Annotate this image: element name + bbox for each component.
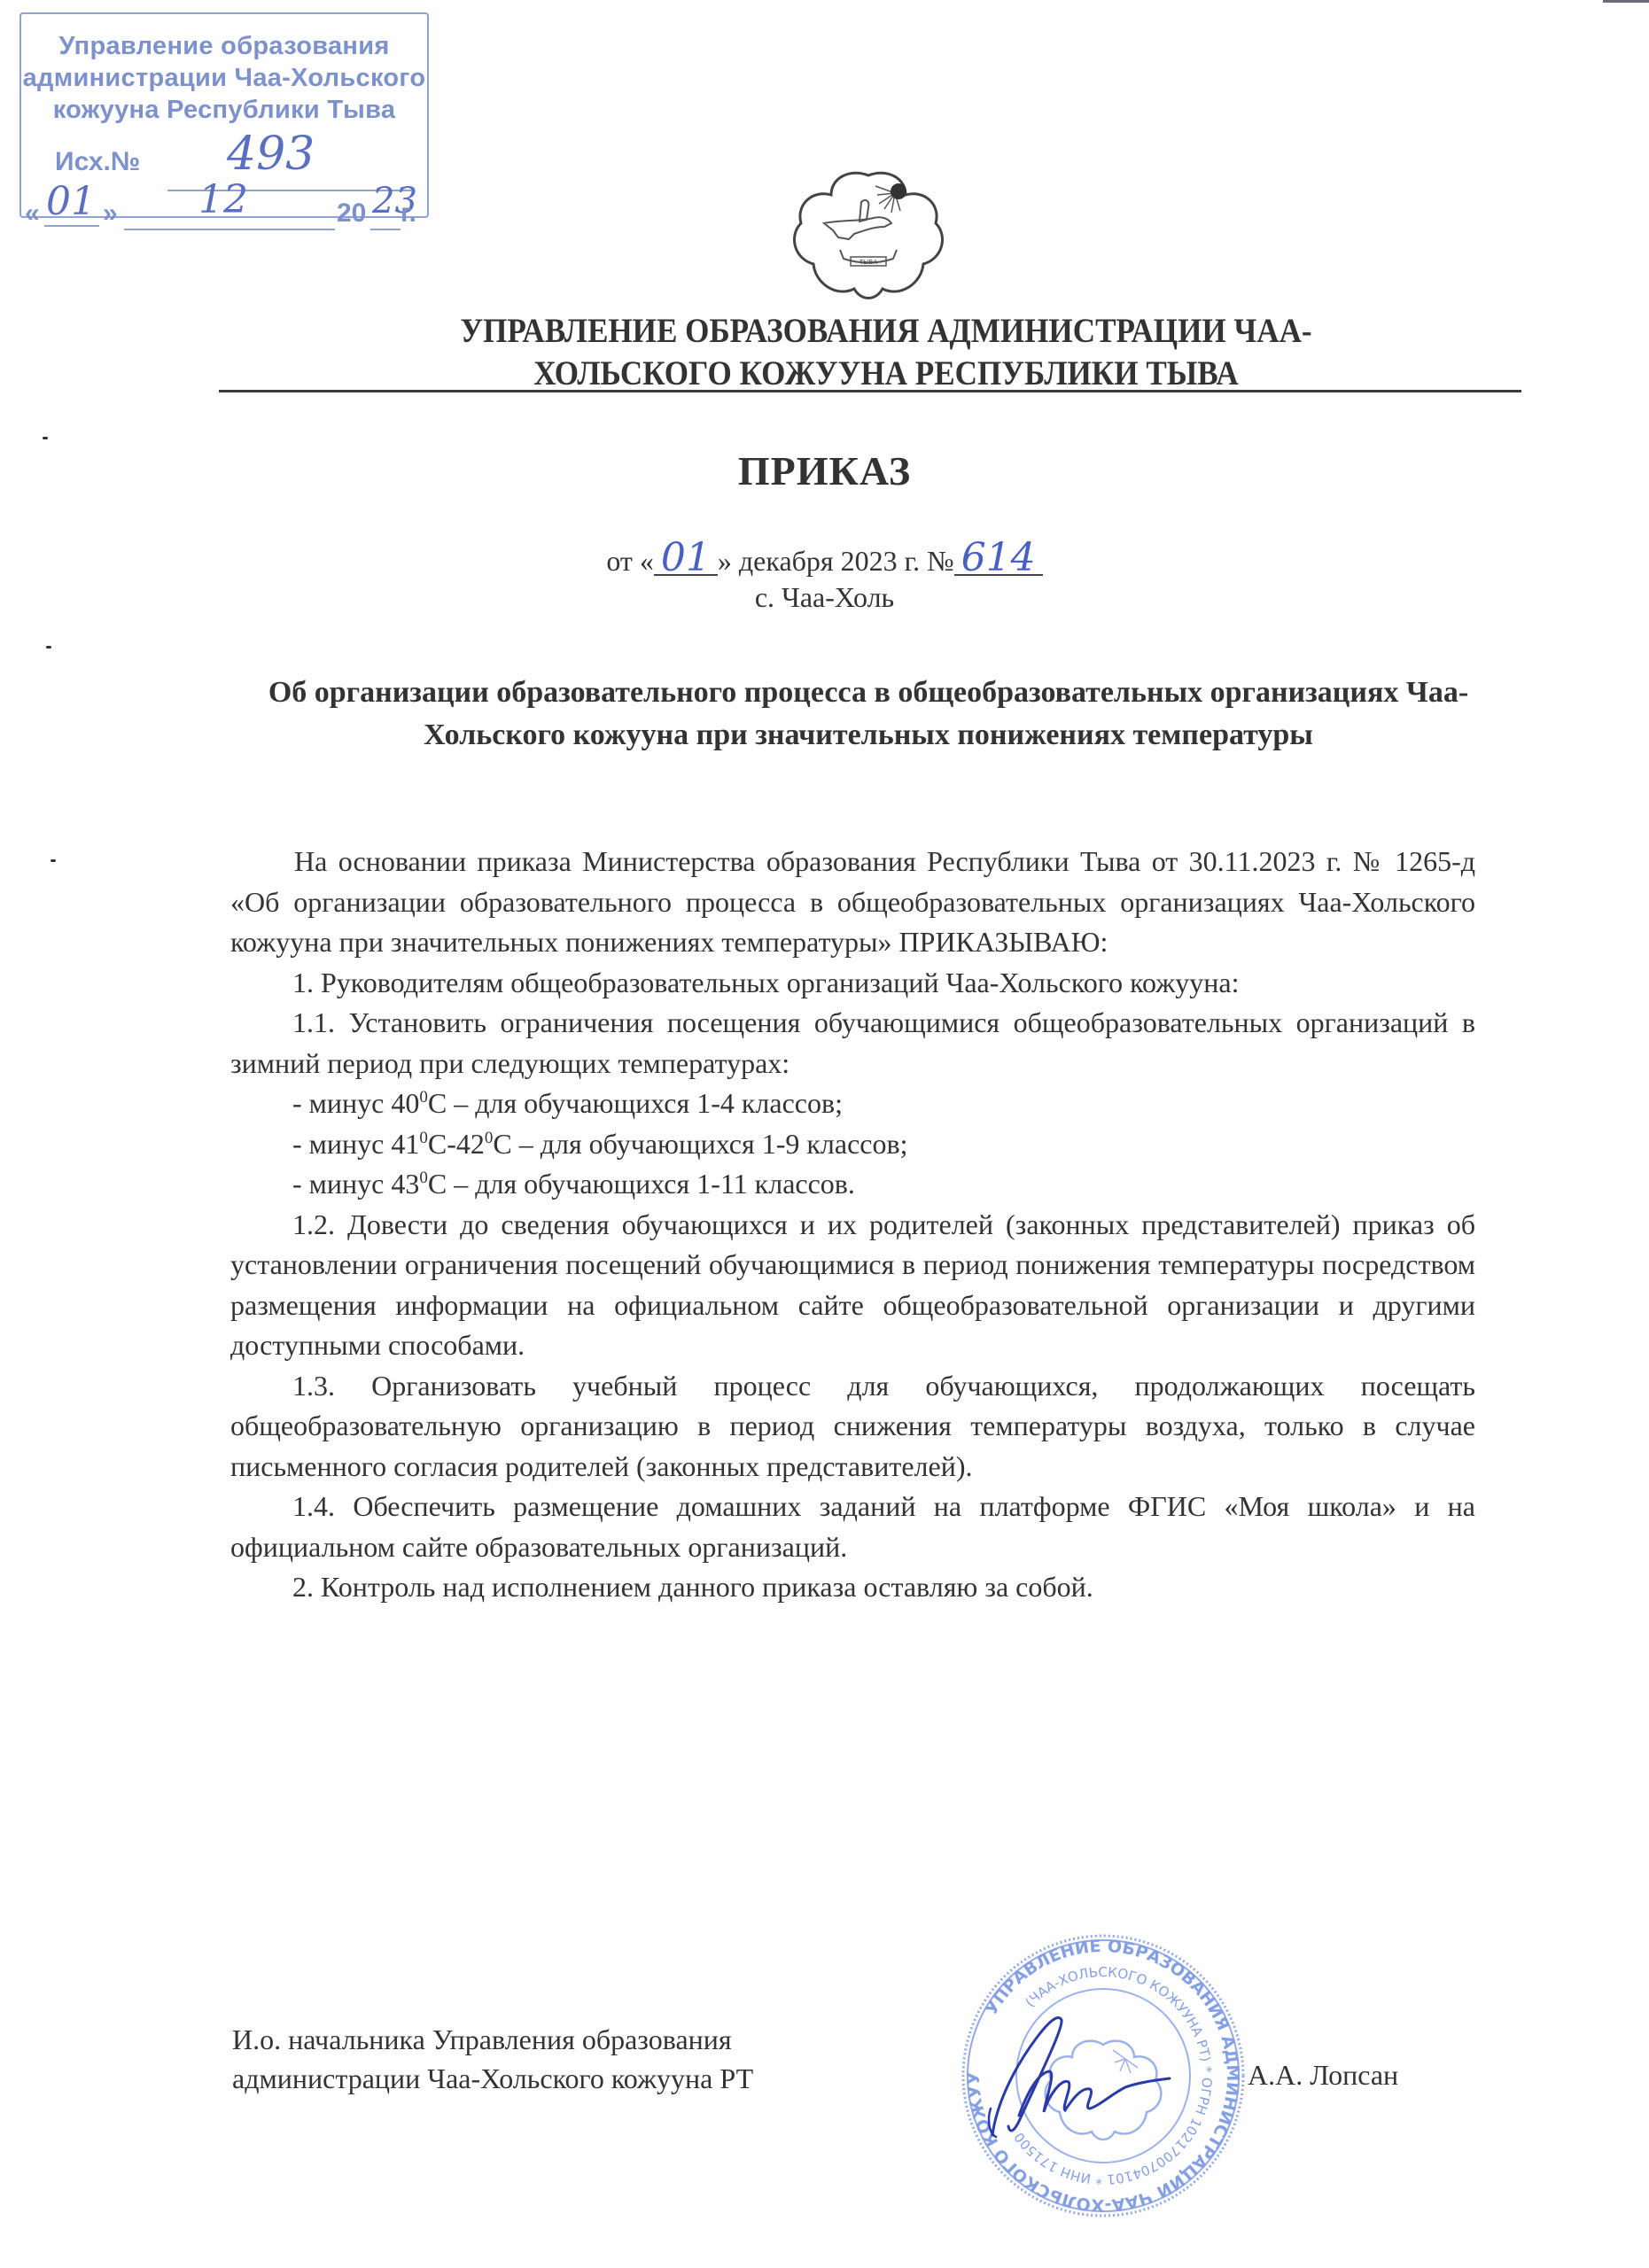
order-item-1: 1. Руководителям общеобразовательных орг… xyxy=(230,963,1475,1004)
temp-description: – для обучающихся 1-11 классов. xyxy=(447,1168,855,1200)
signer-position-line-1: И.о. начальника Управления образования xyxy=(232,2020,753,2059)
stamp-month-handwritten: 12 xyxy=(198,177,248,222)
preamble-paragraph: На основании приказа Министерства образо… xyxy=(230,842,1475,963)
order-item-1-3: 1.3. Организовать учебный процесс для об… xyxy=(230,1366,1475,1487)
outgoing-registration-stamp: Управление образования администрации Чаа… xyxy=(19,12,429,218)
degree-sup: 0 xyxy=(419,1129,428,1147)
degree-sup: 0 xyxy=(485,1129,494,1147)
organization-title: УПРАВЛЕНИЕ ОБРАЗОВАНИЯ АДМИНИСТРАЦИИ ЧАА… xyxy=(328,310,1444,395)
stamp-number-handwritten: 493 xyxy=(227,128,315,181)
date-day-handwritten: 01 xyxy=(654,542,718,576)
org-title-line-2: ХОЛЬСКОГО КОЖУУНА РЕСПУБЛИКИ ТЫВА xyxy=(328,353,1444,395)
org-title-line-1: УПРАВЛЕНИЕ ОБРАЗОВАНИЯ АДМИНИСТРАЦИИ ЧАА… xyxy=(328,310,1444,353)
degree-sup: 0 xyxy=(419,1088,428,1107)
stamp-month-underline xyxy=(124,229,335,230)
temp-value: - минус 40 xyxy=(292,1087,419,1119)
order-item-1-1: 1.1. Установить ограничения посещения об… xyxy=(230,1003,1475,1084)
temp-description: – для обучающихся 1-4 классов; xyxy=(447,1087,843,1119)
stamp-quote-open: « xyxy=(25,198,40,229)
temp-value: - минус 43 xyxy=(292,1168,419,1200)
date-prefix: от « xyxy=(606,545,654,577)
stamp-org-name: Управление образования администрации Чаа… xyxy=(21,30,427,126)
document-subject: Об организации образовательного процесса… xyxy=(257,672,1480,757)
scan-speck xyxy=(46,646,51,649)
order-item-2: 2. Контроль над исполнением данного прик… xyxy=(230,1567,1475,1608)
signer-position: И.о. начальника Управления образования а… xyxy=(232,2020,753,2098)
stamp-day-handwritten: 01 xyxy=(46,179,96,224)
degree-sup: 0 xyxy=(419,1169,428,1187)
stamp-day-underline xyxy=(44,225,99,227)
signer-name: А.А. Лопсан xyxy=(1248,2059,1398,2092)
document-place: с. Чаа-Холь xyxy=(0,581,1649,614)
scan-speck xyxy=(51,859,56,862)
header-divider xyxy=(219,390,1521,392)
order-item-1-2: 1.2. Довести до сведения обучающихся и и… xyxy=(230,1205,1475,1366)
document-date-line: от «01» декабря 2023 г. №614 xyxy=(0,542,1649,578)
temperature-limit-item: - минус 410С-420С – для обучающихся 1-9 … xyxy=(230,1124,1475,1165)
handwritten-signature xyxy=(984,2002,1187,2144)
stamp-quote-close: » xyxy=(103,198,118,229)
stamp-year-suffix: г. xyxy=(401,198,416,229)
document-body: На основании приказа Министерства образо… xyxy=(230,842,1475,1608)
coat-of-arms-icon: ТЫВА xyxy=(789,168,948,301)
temp-unit: С xyxy=(428,1087,447,1119)
temp-unit: С-42 xyxy=(428,1128,485,1160)
emblem-ribbon-text: ТЫВА xyxy=(859,259,877,266)
temp-description: – для обучающихся 1-9 классов; xyxy=(512,1128,908,1160)
temperature-limit-item: - минус 430С – для обучающихся 1-11 клас… xyxy=(230,1164,1475,1205)
order-item-1-4: 1.4. Обеспечить размещение домашних зада… xyxy=(230,1487,1475,1567)
document-page: Управление образования администрации Чаа… xyxy=(0,0,1649,2268)
stamp-year-underline xyxy=(370,229,401,230)
scan-speck xyxy=(43,437,48,439)
stamp-org-line: Управление образования xyxy=(21,30,427,62)
date-rest: » декабря 2023 г. № xyxy=(718,545,954,577)
signer-position-line-2: администрации Чаа-Хольского кожууна РТ xyxy=(232,2059,753,2098)
stamp-number-label: Исх.№ xyxy=(55,147,140,177)
temp-unit: С xyxy=(428,1168,447,1200)
stamp-year-prefix: 20 xyxy=(337,198,366,229)
scan-edge-mark xyxy=(1603,0,1649,3)
temperature-limit-item: - минус 400С – для обучающихся 1-4 класс… xyxy=(230,1084,1475,1124)
document-number-handwritten: 614 xyxy=(954,542,1043,576)
stamp-org-line: кожууна Республики Тыва xyxy=(21,94,427,126)
document-type-heading: ПРИКАЗ xyxy=(0,447,1649,494)
stamp-org-line: администрации Чаа-Хольского xyxy=(21,62,427,94)
temp-value: - минус 41 xyxy=(292,1128,419,1160)
temp-unit: С xyxy=(493,1128,511,1160)
